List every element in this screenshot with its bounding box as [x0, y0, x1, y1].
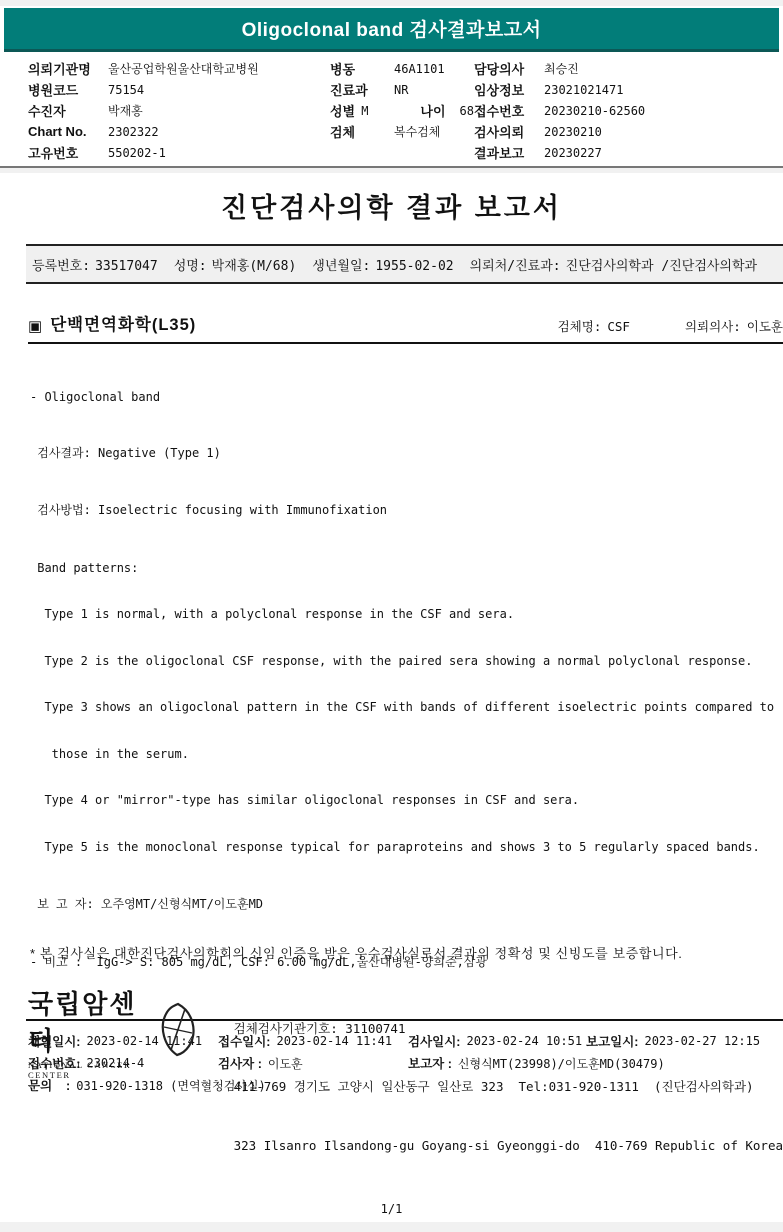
info-label: 병동: [330, 59, 394, 78]
info-value: 2302322: [108, 125, 159, 139]
band-pattern-line: Type 4 or "mirror"-type has similar olig…: [30, 793, 783, 809]
field-label: 등록번호:: [32, 259, 90, 274]
info-label: 진료과: [330, 80, 394, 99]
band-patterns-header: Band patterns:: [30, 561, 783, 577]
info-row: 접수번호 20230210-62560: [474, 100, 774, 121]
section-divider: [0, 166, 783, 173]
info-value: 울산공업학원울산대학교병원: [108, 60, 259, 77]
header-column-left: 의뢰기관명 울산공업학원울산대학교병원 병원코드 75154 수진자 박재홍 C…: [28, 58, 330, 163]
info-row: 병동 46A1101: [330, 58, 474, 79]
bottom-strip: [0, 1222, 783, 1232]
test-name-line: - Oligoclonal band: [30, 390, 783, 406]
info-label-age: 나이: [420, 101, 445, 120]
logo-text: 국립암센터 NATIONAL CANCER CENTER: [28, 984, 148, 1080]
header-column-middle: 병동 46A1101 진료과 NR 성별 M 나이 68 검체 복수검체: [330, 58, 474, 163]
info-row: 수진자 박재홍: [28, 100, 330, 121]
page-number: 1/1: [0, 1202, 783, 1216]
patient-birthdate: 생년월일:1955-02-02: [312, 255, 453, 274]
info-value: 23021021471: [544, 83, 623, 97]
info-row: 고유번호 550202-1: [28, 142, 330, 163]
info-value: 550202-1: [108, 146, 166, 160]
lab-report-page: Oligoclonal band 검사결과보고서 의뢰기관명 울산공업학원울산대…: [0, 0, 783, 1232]
info-value: 복수검체: [394, 123, 440, 140]
reporter-line: 보 고 자: 오주영MT/신형식MT/이도훈MD: [30, 897, 783, 913]
organization-row: 국립암센터 NATIONAL CANCER CENTER 검체검사기관기호: 3…: [28, 984, 783, 1195]
info-value-age: 68: [460, 104, 474, 118]
org-address-kr: 411-769 경기도 고양시 일산동구 일산로 323 Tel:031-920…: [234, 1077, 783, 1097]
section-header: ▣ 단백면역화학(L35) 검체명:CSF 의뢰의사:이도훈: [28, 311, 783, 344]
info-label: 수진자: [28, 101, 108, 120]
info-row: 진료과 NR: [330, 79, 474, 100]
field-label: 의뢰의사:: [685, 319, 741, 334]
field-value: CSF: [607, 319, 630, 334]
info-label: 결과보고: [474, 143, 544, 162]
banner-title: Oligoclonal band 검사결과보고서: [242, 15, 542, 42]
info-value: M: [361, 104, 368, 118]
method-line: 검사방법: Isoelectric focusing with Immunofi…: [30, 503, 783, 519]
patient-reg-no: 등록번호:33517047: [32, 255, 158, 274]
header-info: 의뢰기관명 울산공업학원울산대학교병원 병원코드 75154 수진자 박재홍 C…: [0, 52, 783, 163]
info-label: Chart No.: [28, 124, 108, 139]
info-label: 의뢰기관명: [28, 59, 108, 78]
info-value: 20230227: [544, 146, 602, 160]
logo-english: NATIONAL CANCER CENTER: [28, 1060, 148, 1080]
section-header-right: 검체명:CSF 의뢰의사:이도훈: [558, 317, 783, 335]
info-row: 검사의뢰 20230210: [474, 121, 774, 142]
info-value: NR: [394, 83, 408, 97]
patient-name: 성명:박재홍(M/68): [174, 255, 297, 274]
header-column-right: 담당의사 최승진 임상정보 23021021471 접수번호 20230210-…: [474, 58, 774, 163]
band-pattern-line: Type 1 is normal, with a polyclonal resp…: [30, 607, 783, 623]
org-address-block: 검체검사기관기호: 31100741 411-769 경기도 고양시 일산동구 …: [234, 980, 783, 1195]
org-logo: 국립암센터 NATIONAL CANCER CENTER: [28, 984, 202, 1080]
band-pattern-line: Type 3 shows an oligoclonal pattern in t…: [30, 700, 783, 716]
info-label: 병원코드: [28, 80, 108, 99]
patient-summary-bar: 등록번호:33517047 성명:박재홍(M/68) 생년월일:1955-02-…: [26, 244, 783, 284]
field-value: 진단검사의학과 /진단검사의학과: [566, 259, 757, 274]
info-value: 20230210: [544, 125, 602, 139]
field-label: 성명:: [174, 259, 207, 274]
org-address-en: 323 Ilsanro Ilsandong-gu Goyang-si Gyeon…: [234, 1136, 783, 1156]
info-label: 접수번호: [474, 101, 544, 120]
report-banner: Oligoclonal band 검사결과보고서: [4, 8, 779, 52]
bottom-block: * 본 검사실은 대한진단검사의학회의 신임 인증을 받은 우수검사실로서 결과…: [0, 943, 783, 1232]
info-value: 75154: [108, 83, 144, 97]
field-value: 33517047: [95, 259, 158, 274]
org-code: 검체검사기관기호: 31100741: [234, 1019, 783, 1039]
info-label: 임상정보: [474, 80, 544, 99]
info-value: 20230210-62560: [544, 104, 645, 118]
info-row: 임상정보 23021021471: [474, 79, 774, 100]
info-label: 검체: [330, 122, 394, 141]
band-pattern-line: Type 2 is the oligoclonal CSF response, …: [30, 654, 783, 670]
info-label: 담당의사: [474, 59, 544, 78]
section-title: 단백면역화학(L35): [50, 311, 196, 335]
info-row: 병원코드 75154: [28, 79, 330, 100]
band-pattern-line: Type 5 is the monoclonal response typica…: [30, 840, 783, 856]
info-row: Chart No. 2302322: [28, 121, 330, 142]
field-label: 의뢰처/진료과:: [470, 259, 561, 274]
top-strip: [0, 0, 783, 6]
info-label: 검사의뢰: [474, 122, 544, 141]
accreditation-disclaimer: * 본 검사실은 대한진단검사의학회의 신임 인증을 받은 우수검사실로서 결과…: [30, 943, 783, 962]
info-row: 의뢰기관명 울산공업학원울산대학교병원: [28, 58, 330, 79]
band-pattern-line: those in the serum.: [30, 747, 783, 763]
patient-department: 의뢰처/진료과:진단검사의학과 /진단검사의학과: [470, 255, 757, 274]
result-line: 검사결과: Negative (Type 1): [30, 446, 783, 462]
field-value: 박재홍(M/68): [212, 259, 297, 274]
info-row: 성별 M 나이 68: [330, 100, 474, 121]
field-label: 생년월일:: [312, 259, 370, 274]
field-value: 이도훈: [747, 319, 783, 334]
field-value: 1955-02-02: [375, 259, 453, 274]
field-label: 검체명:: [558, 319, 602, 334]
specimen-name: 검체명:CSF: [558, 317, 630, 335]
info-row: 담당의사 최승진: [474, 58, 774, 79]
info-row: 결과보고 20230227: [474, 142, 774, 163]
logo-korean: 국립암센터: [28, 984, 148, 1058]
info-value: 최승진: [544, 60, 579, 77]
info-row: 검체 복수검체: [330, 121, 474, 142]
referring-doctor: 의뢰의사:이도훈: [685, 317, 783, 335]
info-value: 46A1101: [394, 62, 445, 76]
page-title: 진단검사의학 결과 보고서: [0, 186, 783, 225]
result-body: - Oligoclonal band 검사결과: Negative (Type …: [30, 359, 783, 1001]
info-label: 고유번호: [28, 143, 108, 162]
section-square-icon: ▣: [28, 317, 42, 335]
info-value: 박재홍: [108, 102, 143, 119]
info-label: 성별: [330, 101, 361, 120]
leaf-icon: [152, 1001, 202, 1062]
